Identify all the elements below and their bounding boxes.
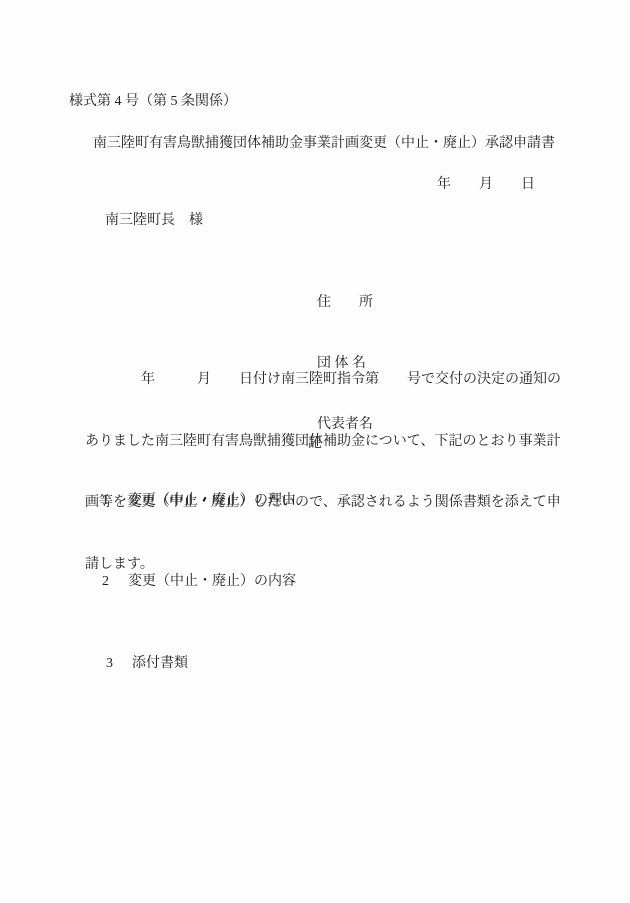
item-label: 添付書類 (132, 656, 188, 671)
list-item-attachments: 3添付書類 (92, 634, 188, 694)
item-label: 変更（中止・廃止）の理由 (128, 493, 296, 508)
item-label: 変更（中止・廃止）の内容 (128, 574, 296, 589)
record-mark: 記 (0, 434, 630, 454)
list-item-reason: 1変更（中止・廃止）の理由 (88, 471, 296, 531)
form-number: 様式第 4 号（第 5 条関係） (69, 92, 237, 112)
document-title: 南三陸町有害鳥獣捕獲団体補助金事業計画変更（中止・廃止）承認申請書 (93, 134, 555, 154)
body-line-1: 年 月 日付け南三陸町指令第 号で交付の決定の通知の (85, 369, 561, 391)
list-item-content: 2変更（中止・廃止）の内容 (88, 552, 296, 612)
addressee-line: 南三陸町長 様 (105, 211, 203, 231)
item-number: 1 (102, 491, 112, 511)
item-number: 2 (102, 572, 112, 592)
applicant-address-label: 住 所 (317, 292, 373, 313)
date-blank-line: 年 月 日 (437, 175, 535, 195)
document-page: 様式第 4 号（第 5 条関係） 南三陸町有害鳥獣捕獲団体補助金事業計画変更（中… (0, 0, 630, 903)
item-number: 3 (106, 654, 116, 674)
